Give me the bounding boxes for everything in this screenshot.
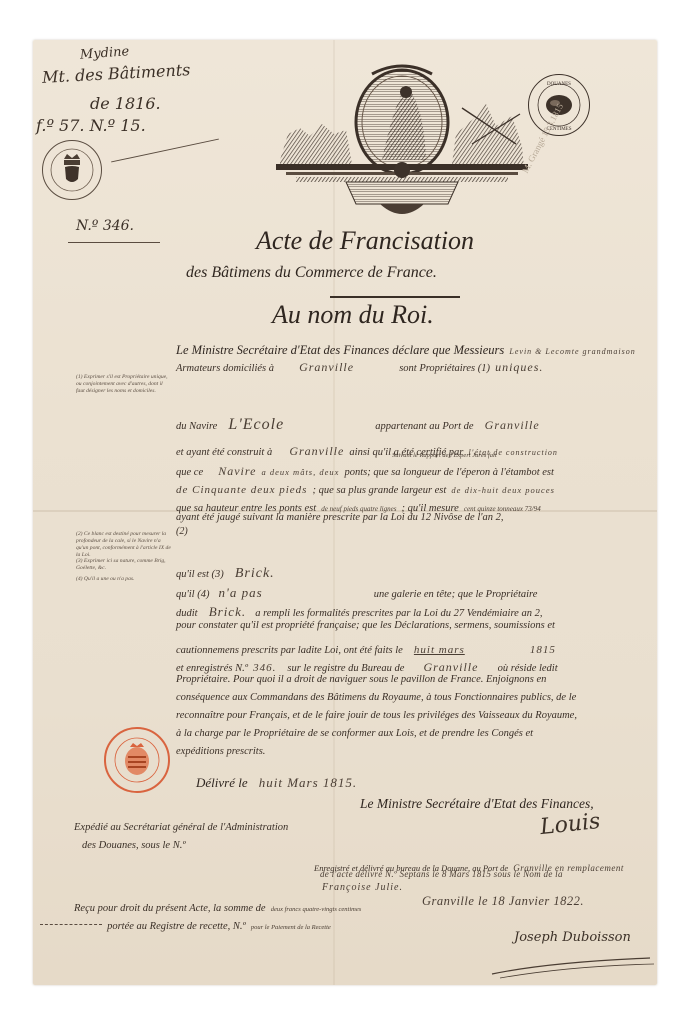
length-value: de Cinquante deux pieds <box>176 484 307 496</box>
gauge-line: ayant été jaugé suivant la manière presc… <box>176 512 504 523</box>
vessel-type-value: Brick. <box>235 566 275 581</box>
declaration-text: Le Ministre Secrétaire d'Etat des Financ… <box>176 343 504 357</box>
masts-line: que ce Navire a deux mâts, deux ponts; q… <box>176 460 554 479</box>
declaration-date: huit mars <box>414 644 465 656</box>
galerie-line: qu'il (4) n'a pas une galerie en tête; q… <box>176 582 537 601</box>
domicile-label: Armateurs domiciliés à <box>176 363 274 374</box>
reconnaitre-line: reconnaître pour Français, et de le fair… <box>176 710 577 721</box>
document-heading: Au nom du Roi. <box>272 300 434 330</box>
annotation-line-3: de 1816. <box>90 94 161 113</box>
owners-label: sont Propriétaires (1) <box>399 363 490 374</box>
vessel-kind: Navire <box>218 464 256 478</box>
gauge-note: (2) <box>176 526 188 537</box>
document-title: Acte de Francisation <box>256 226 474 256</box>
construction-label: et ayant été construit à <box>176 447 272 458</box>
number-underline <box>68 242 160 243</box>
dudit-label: dudit <box>176 608 198 619</box>
delivery-date: huit Mars 1815. <box>259 775 357 790</box>
receipt-amount: deux francs quatre-vingts centimes <box>271 906 362 913</box>
royal-arms-icon <box>106 729 168 791</box>
construction-place: Granville <box>289 444 344 458</box>
expedie-line-2: des Douanes, sous le N.º <box>82 840 186 851</box>
delivery-line: Délivré le huit Mars 1815. <box>196 772 357 791</box>
registry-label: sur le registre du Bureau de <box>287 663 404 674</box>
port-label: appartenant au Port de <box>375 421 473 432</box>
expedie-line-1: Expédié au Secrétariat général de l'Admi… <box>74 822 288 833</box>
declaration-line-2: Armateurs domiciliés à Granville sont Pr… <box>176 356 543 375</box>
cautionnemens-text: cautionnemens prescrits par ladite Loi, … <box>176 645 403 656</box>
register-value: pour le Paiement de la Recette <box>251 924 331 931</box>
galerie-value: n'a pas <box>219 585 263 600</box>
port-value: Granville <box>485 418 540 432</box>
galerie-text: une galerie en tête; que le Propriétaire <box>374 589 538 600</box>
engraving-vignette <box>276 64 528 224</box>
signature-flourish-icon <box>490 950 660 980</box>
ship-name: L'Ecole <box>228 416 284 433</box>
delivery-label: Délivré le <box>196 775 248 790</box>
masts-value: a deux mâts, deux <box>262 467 340 477</box>
ministere-finances-red-stamp <box>104 727 170 793</box>
cautionnemens-line: cautionnemens prescrits par ladite Loi, … <box>176 638 556 657</box>
construction-line: et ayant été construit à Granville ainsi… <box>176 440 558 459</box>
domicile-value: Granville <box>299 360 354 374</box>
closing-signature: Joseph Duboisson <box>514 930 631 945</box>
owners-names: Levin & Lecomte grandmaison <box>509 347 635 356</box>
vessel-type-line: qu'il est (3) Brick. <box>176 562 275 582</box>
document-subtitle: des Bâtimens du Commerce de France. <box>186 264 437 282</box>
registration-line-2: de l'acte délivré N.º Septans le 8 Mars … <box>320 869 563 879</box>
formalities-text: a rempli les formalités prescrites par l… <box>255 608 542 619</box>
vessel-type-label: qu'il est (3) <box>176 569 224 580</box>
receipt-dash-line <box>40 924 102 925</box>
expert-report-annotation: Suivant le Rapport de l'Expert Jurés fai… <box>392 452 497 459</box>
register-label: portée au Registre de recette, N.º <box>107 921 246 932</box>
width-value: de dix-huit deux pouces <box>451 485 554 495</box>
registry-place: Granville <box>423 660 478 674</box>
declaration-year: 1815 <box>530 644 556 656</box>
margin-note-2: (2) Ce blanc est destiné pour mesurer la… <box>76 531 172 559</box>
registration-line-3: Françoise Julie. <box>322 882 403 893</box>
length-label: ponts; que sa longueur de l'éperon à l'é… <box>345 467 554 478</box>
registered-line: et enregistrés N.º 346. sur le registre … <box>176 656 558 675</box>
registered-label: et enregistrés N.º <box>176 663 248 674</box>
constater-line: pour constater qu'il est propriété franç… <box>176 620 555 631</box>
expeditions-line: expéditions prescrits. <box>176 746 265 757</box>
proprietaire-line: Propriétaire. Pour quoi il a droit de na… <box>176 674 546 685</box>
width-label: ; que sa plus grande largeur est <box>313 485 447 496</box>
receipt-line-1: Reçu pour droit du présent Acte, la somm… <box>74 896 361 915</box>
annotation-line-4: f.º 57. N.º 15. <box>36 116 146 135</box>
receipt-line-2: portée au Registre de recette, N.º pour … <box>40 914 331 933</box>
formalities-line: dudit Brick. a rempli les formalités pre… <box>176 601 542 620</box>
margin-note-4: (4) Qu'il a une ou n'a pas. <box>76 576 172 583</box>
registered-number: 346. <box>253 662 276 674</box>
ship-label: du Navire <box>176 421 217 432</box>
navire-label: que ce <box>176 467 203 478</box>
minister-title: Le Ministre Secrétaire d'Etat des Financ… <box>360 796 594 812</box>
dudit-value: Brick. <box>209 604 246 619</box>
royal-allegory-engraving-icon <box>276 64 528 224</box>
ship-line: du Navire L'Ecole appartenant au Port de… <box>176 414 540 434</box>
crown-shield-icon <box>43 141 101 199</box>
act-number: N.º 346. <box>76 218 134 234</box>
charge-line: à la charge par le Propriétaire de se co… <box>176 728 533 739</box>
length-line: de Cinquante deux pieds ; que sa plus gr… <box>176 478 555 497</box>
svg-text:DOUANES: DOUANES <box>547 82 571 87</box>
consequence-line: conséquence aux Commandans des Bâtimens … <box>176 692 576 703</box>
receipt-label: Reçu pour droit du présent Acte, la somm… <box>74 903 266 914</box>
owners-type: uniques. <box>495 360 543 374</box>
residence-label: où réside ledit <box>498 663 558 674</box>
galerie-label: qu'il (4) <box>176 589 209 600</box>
inscription-maritime-stamp <box>42 140 102 200</box>
margin-note-3: (3) Exprimer ici sa nature, comme Brig, … <box>76 558 172 572</box>
margin-note-1: (1) Exprimer s'il est Propriétaire uniqu… <box>76 374 172 395</box>
title-divider <box>330 296 460 298</box>
closing-place-date: Granville le 18 Janvier 1822. <box>422 894 584 909</box>
